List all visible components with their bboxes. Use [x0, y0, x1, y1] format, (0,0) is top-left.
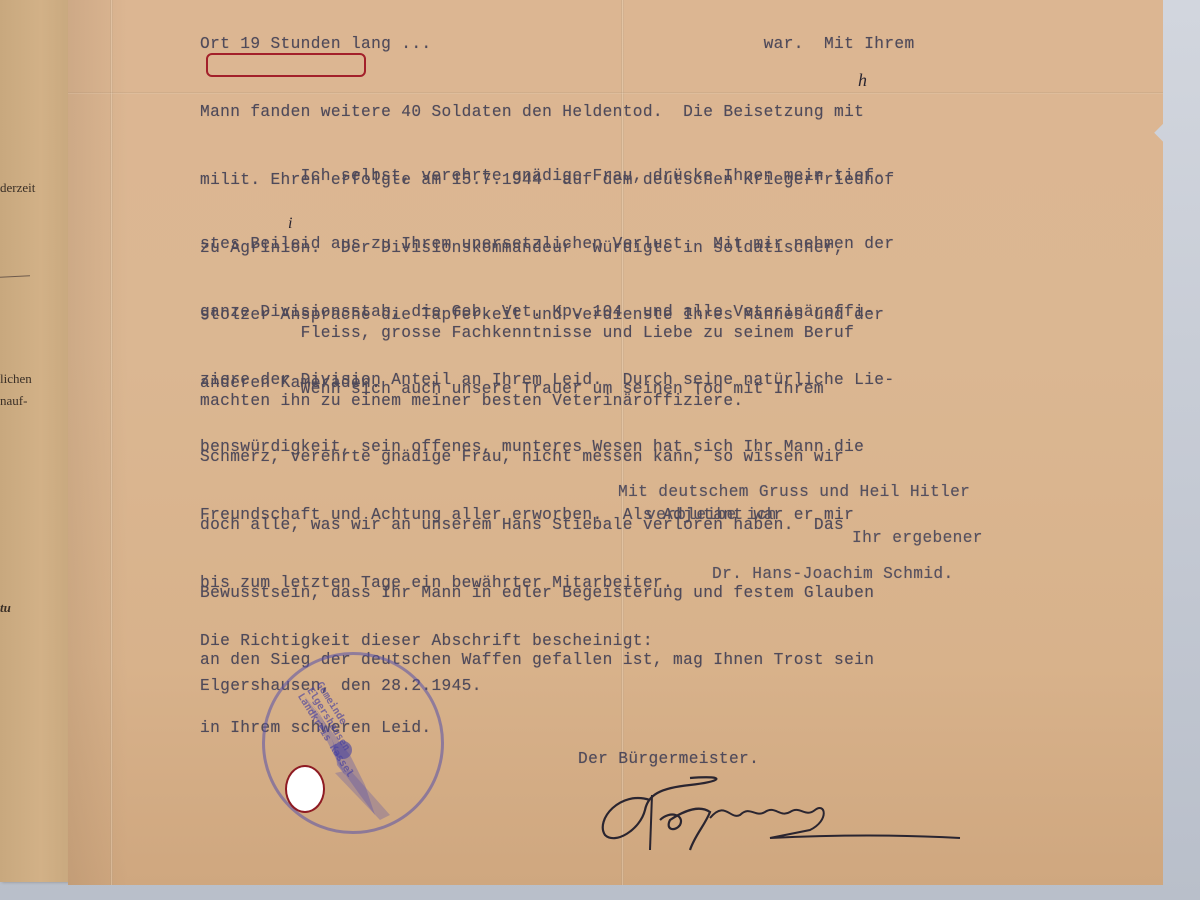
closing-line: verbleibe ich — [646, 504, 777, 527]
signature-icon — [590, 760, 970, 860]
highlight-annotation-box — [206, 53, 366, 77]
left-fragment: derzeit — [0, 180, 35, 196]
certification-statement: Die Richtigkeit dieser Abschrift beschei… — [200, 630, 653, 653]
closing-salutation: Mit deutschem Gruss und Heil Hitler — [618, 481, 970, 504]
left-fragment: nauf- — [0, 393, 27, 409]
mayor-signature — [590, 760, 970, 860]
closing-line: Ihr ergebener — [852, 527, 983, 550]
text-line: Wenn sich auch unsere Trauer um seinen T… — [200, 378, 874, 401]
text-line: Schmerz, verehrte gnädige Frau, nicht me… — [200, 446, 874, 469]
text-line: Ich selbst, verehrte gnädige Frau, drück… — [200, 165, 894, 188]
left-fragment: tu — [0, 600, 11, 616]
redaction-circle — [285, 765, 325, 813]
left-fragment: lichen — [0, 371, 32, 387]
left-underlying-sheet: derzeit lichen nauf- tu — [0, 0, 68, 882]
handwritten-mark: h — [858, 70, 867, 91]
fold-line — [110, 0, 113, 885]
official-stamp: Gemeinde Elgershausen Landkreis Kassel — [262, 652, 444, 834]
left-rule-line — [0, 275, 30, 278]
handwritten-mark: i — [288, 215, 292, 233]
text-line: stes Beileid aus zu Ihrem unersetzlichen… — [200, 233, 894, 256]
letter-signer-name: Dr. Hans-Joachim Schmid. — [712, 563, 954, 586]
